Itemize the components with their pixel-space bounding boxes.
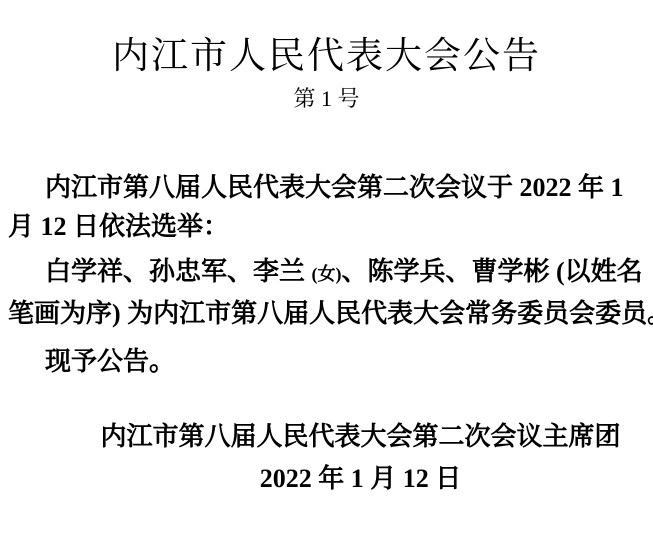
document-body: 内江市第八届人民代表大会第二次会议于 2022 年 1 月 12 日依法选举： … [0,168,653,381]
paragraph-closing: 现予公告。 [0,342,653,381]
body-line-2: 月 12 日依法选举： [0,207,653,246]
signature-block: 内江市第八届人民代表大会第二次会议主席团 2022 年 1 月 12 日 [0,416,653,500]
line3-names-end: 、陈学兵、曹学彬 (以姓名 [342,257,643,286]
paragraph-elected-members: 白学祥、孙忠军、李兰 (女)、陈学兵、曹学彬 (以姓名 笔画为序) 为内江市第八… [0,252,653,333]
signature-date: 2022 年 1 月 12 日 [68,458,653,500]
body-line-3: 白学祥、孙忠军、李兰 (女)、陈学兵、曹学彬 (以姓名 [0,252,653,294]
document-title: 内江市人民代表大会公告 [0,36,653,78]
issue-number: 第 1 号 [0,84,653,114]
line3-names-start: 白学祥、孙忠军、李兰 [45,257,312,286]
signature-issuer: 内江市第八届人民代表大会第二次会议主席团 [68,416,653,458]
body-line-1: 内江市第八届人民代表大会第二次会议于 2022 年 1 [0,168,653,207]
line3-gender-note: (女) [312,264,342,284]
body-line-4: 笔画为序) 为内江市第八届人民代表大会常务委员会委员。 [0,294,653,333]
announcement-document: 内江市人民代表大会公告 第 1 号 内江市第八届人民代表大会第二次会议于 202… [0,0,653,559]
paragraph-election-date: 内江市第八届人民代表大会第二次会议于 2022 年 1 月 12 日依法选举： [0,168,653,246]
body-line-5: 现予公告。 [0,342,653,381]
